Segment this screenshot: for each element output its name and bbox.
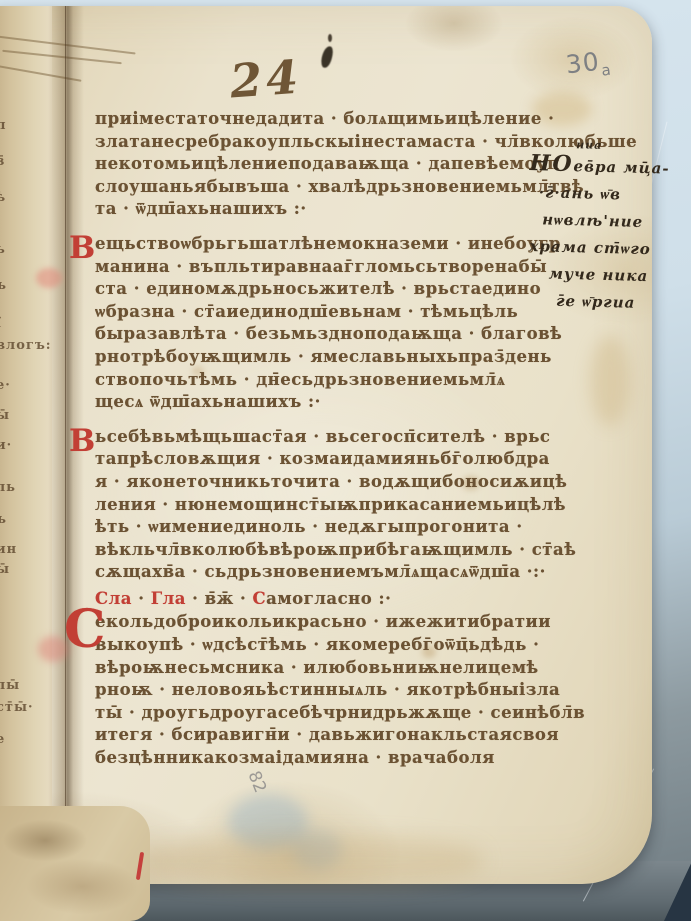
text-segment: ления · нюнемощинст̄ыѭприкасаниемьицѣлѣ: [95, 495, 566, 514]
text-fragment: е·: [0, 378, 11, 393]
stain: [590, 336, 630, 426]
stain: [142, 836, 482, 886]
text-segment: рноѭ · неловояьѣстинныѧль · якотрѣбныізл…: [95, 680, 560, 699]
marginal-note-line: храма ст̄ѡго: [529, 233, 684, 264]
text-fragment: ин: [0, 542, 17, 557]
text-fragment: влогъ:: [0, 338, 52, 353]
text-block: приіместаточнедадита · болѧщимьицѣление …: [95, 108, 573, 782]
text-segment: ѡбразна · ст̄аиединодш̄евьнам · тѣмьцѣль: [95, 302, 518, 321]
marginal-note-line: ·г̄·ань ѡ̄в: [539, 179, 686, 210]
text-line: быразавлѣта · безьмьздноподаѭща · благов…: [95, 323, 573, 346]
text-fragment: з̄: [0, 154, 5, 169]
manuscript-page: пз̄ѣьъївлогъ:е·ы̄и·льъины̄лы̄ст̄ы̄·е 24 …: [0, 6, 652, 884]
folio-number-sub: a: [601, 61, 613, 80]
text-line: сѫщахв̄а · сьдрьзновениемъмл̄ѧщасѧѿдш̄а …: [95, 561, 573, 584]
text-line: приіместаточнедадита · болѧщимьицѣление …: [95, 108, 573, 131]
text-segment: ьсебѣвьмѣщьшаст̄ая · вьсегосп̄сителѣ · в…: [95, 427, 550, 446]
text-segment: екольдоброикольикрасьно · ижежитибратии: [95, 612, 551, 631]
text-line: я · яконеточникьточита · водѫщибоносиѫиц…: [95, 471, 573, 494]
text-segment: щесѧ ѿдш̄ахьнашихъ :·: [95, 392, 321, 411]
text-fragment: ы̄: [0, 408, 10, 423]
folio-number-pencil: 30a: [564, 46, 612, 84]
marginal-note-segment: ·г̄·ань ѡ̄в: [539, 183, 622, 203]
text-segment: амогласно :·: [266, 589, 391, 608]
marginal-note-segment: храма ст̄ѡго: [529, 237, 651, 258]
text-line: некотомьицѣлениеподаваѭща · дапевѣемоуп: [95, 153, 573, 176]
text-line: рнотрѣбоуѭщимль · ямеславьныхьпраз̄день: [95, 346, 573, 369]
text-line: Сла · Гла · в̄ж̄ · Самогласно :·: [95, 588, 573, 611]
text-line: выкоупѣ · ѡдсѣст̄ѣмь · якомеребг̄оѿц̄ьдѣ…: [95, 634, 573, 657]
paragraph: Вещьствоѡбрьгьшатлѣнемокназеми · инебоуг…: [95, 233, 573, 414]
page-number-ink: 24: [228, 50, 304, 109]
stamp-smudge: [292, 830, 342, 870]
text-segment: быразавлѣта · безьмьздноподаѭща · благов…: [95, 324, 562, 343]
text-line: итегя · бсиравигн̄и · давьжигонакльстаяс…: [95, 724, 573, 747]
ink-blot: [328, 34, 332, 42]
text-fragment: лы̄: [0, 678, 20, 693]
text-segment: рнотрѣбоуѭщимль · ямеславьныхьпраз̄день: [95, 347, 552, 366]
marginal-note-line: г̄е ѡ̄ргиа: [556, 288, 683, 318]
text-fragment: и·: [0, 438, 12, 453]
text-line: екольдоброикольикрасьно · ижежитибратии: [95, 611, 573, 634]
marginal-note-segment: г̄е ѡ̄ргиа: [556, 292, 636, 312]
paragraph: приіместаточнедадита · болѧщимьицѣление …: [95, 108, 573, 221]
marginal-note-segment: нѡвлѣ'ние: [542, 210, 643, 231]
text-segment: приіместаточнедадита · болѧщимьицѣление …: [95, 109, 554, 128]
text-fragment: п: [0, 118, 7, 133]
text-line: ста · единомѫдрьносьжителѣ · врьстаедино: [95, 278, 573, 301]
text-line: щесѧ ѿдш̄ахьнашихъ :·: [95, 391, 573, 414]
photo-frame: пз̄ѣьъївлогъ:е·ы̄и·льъины̄лы̄ст̄ы̄·е 24 …: [0, 0, 691, 921]
text-segment: тапрѣсловѫщия · козмаидамияньбг̄олюбдра: [95, 449, 550, 468]
marginal-note-line: муче ника: [548, 261, 683, 291]
marginal-note: ниа НОев̄ра мц̄а-·г̄·ань ѡ̄внѡвлѣ'ниехра…: [526, 138, 687, 318]
text-segment: ты̄ · дроугьдроугасебѣчрнидрьжѫще · сеин…: [95, 703, 585, 722]
folio-number-main: 30: [564, 47, 601, 79]
rubric-initial: В: [69, 423, 96, 459]
text-line: ьсебѣвьмѣщьшаст̄ая · вьсегосп̄сителѣ · в…: [95, 426, 573, 449]
text-segment: ·: [132, 589, 151, 608]
paragraph: Вьсебѣвьмѣщьшаст̄ая · вьсегосп̄сителѣ · …: [95, 426, 573, 584]
text-line: ствопочьтѣмь · дн̄есьдрьзновениемьмл̄ѧ: [95, 369, 573, 392]
rubric-initial: С: [64, 604, 106, 656]
text-line: ты̄ · дроугьдроугасебѣчрнидрьжѫще · сеин…: [95, 702, 573, 725]
marginal-note-segment: НО: [529, 150, 574, 177]
text-segment: слоушаньябывъша · хвалѣдрьзновениемьмл̄т…: [95, 177, 584, 196]
text-segment: ѣть · ѡимениединоль · недѫгыпрогонита ·: [95, 517, 523, 536]
marginal-note-segment: муче ника: [549, 265, 649, 286]
text-fragment: ль: [0, 480, 16, 495]
text-fragment: ъ: [0, 278, 7, 293]
marginal-note-line: НОев̄ра мц̄а-: [529, 150, 686, 183]
text-line: манина · въпльтиравнааг̄гломьсьтворенабы…: [95, 256, 573, 279]
text-segment: некотомьицѣлениеподаваѭща · дапевѣемоуп: [95, 154, 560, 173]
marginal-note-segment: ев̄ра мц̄а-: [573, 157, 670, 178]
text-segment: я · яконеточникьточита · водѫщибоносиѫиц…: [95, 472, 567, 491]
text-line: златанесребракоупльскыінестамаста · чл̄в…: [95, 131, 573, 154]
text-segment: итегя · бсиравигн̄и · давьжигонакльстаяс…: [95, 725, 559, 744]
crumpled-leaf-edge: [0, 806, 150, 921]
text-line: ѣть · ѡимениединоль · недѫгыпрогонита ·: [95, 516, 573, 539]
text-line: ещьствоѡбрьгьшатлѣнемокназеми · инебоугр: [95, 233, 573, 256]
text-line: вѣроѭнесьмсника · илюбовьниѭнелицемѣ: [95, 657, 573, 680]
text-fragment: ъ: [0, 512, 7, 527]
rubric-initial: В: [69, 230, 96, 266]
text-segment: вѣроѭнесьмсника · илюбовьниѭнелицемѣ: [95, 658, 539, 677]
text-segment: ещьствоѡбрьгьшатлѣнемокназеми · инебоугр: [95, 234, 561, 253]
text-line: рноѭ · неловояьѣстинныѧль · якотрѣбныізл…: [95, 679, 573, 702]
text-line: та · ѿдш̄ахьнашихъ :·: [95, 198, 573, 221]
text-line: ѡбразна · ст̄аиединодш̄евьнам · тѣмьцѣль: [95, 301, 573, 324]
text-fragment: ы̄: [0, 562, 10, 577]
facing-page-text-fragments: пз̄ѣьъївлогъ:е·ы̄и·льъины̄лы̄ст̄ы̄·е: [0, 6, 48, 884]
paragraph: Секольдоброикольикрасьно · ижежитибратии…: [95, 611, 573, 769]
text-line: безцѣнникакозмаідамияна · врачаболя: [95, 747, 573, 770]
text-segment: С: [253, 589, 267, 608]
text-fragment: ь: [0, 242, 6, 257]
text-segment: Гла: [151, 589, 186, 608]
stamp-smudge: [228, 794, 308, 850]
text-fragment: е: [0, 732, 5, 747]
text-line: тапрѣсловѫщия · козмаидамияньбг̄олюбдра: [95, 448, 573, 471]
text-segment: ствопочьтѣмь · дн̄есьдрьзновениемьмл̄ѧ: [95, 370, 505, 389]
text-fragment: ї: [0, 316, 2, 331]
text-segment: ста · единомѫдрьносьжителѣ · врьстаедино: [95, 279, 541, 298]
text-segment: безцѣнникакозмаідамияна · врачаболя: [95, 748, 495, 767]
paragraph: Сла · Гла · в̄ж̄ · Самогласно :·: [95, 588, 573, 611]
text-segment: · в̄ж̄ ·: [186, 589, 253, 608]
text-fragment: ѣ: [0, 190, 6, 205]
text-fragment: ст̄ы̄·: [0, 700, 34, 715]
text-segment: вѣкльчл̄вколюбѣвѣроѭприбѣгаѭщимль · ст̄а…: [95, 540, 576, 559]
marginal-note-line: нѡвлѣ'ние: [542, 206, 685, 237]
text-line: ления · нюнемощинст̄ыѭприкасаниемьицѣлѣ: [95, 494, 573, 517]
text-segment: та · ѿдш̄ахьнашихъ :·: [95, 199, 307, 218]
text-segment: манина · въпльтиравнааг̄гломьсьтворенабы…: [95, 257, 547, 276]
text-line: вѣкльчл̄вколюбѣвѣроѭприбѣгаѭщимль · ст̄а…: [95, 539, 573, 562]
text-segment: выкоупѣ · ѡдсѣст̄ѣмь · якомеребг̄оѿц̄ьдѣ…: [95, 635, 539, 654]
text-line: слоушаньябывъша · хвалѣдрьзновениемьмл̄т…: [95, 176, 573, 199]
text-segment: сѫщахв̄а · сьдрьзновениемъмл̄ѧщасѧѿдш̄а …: [95, 562, 546, 581]
ink-blot: [320, 45, 334, 69]
